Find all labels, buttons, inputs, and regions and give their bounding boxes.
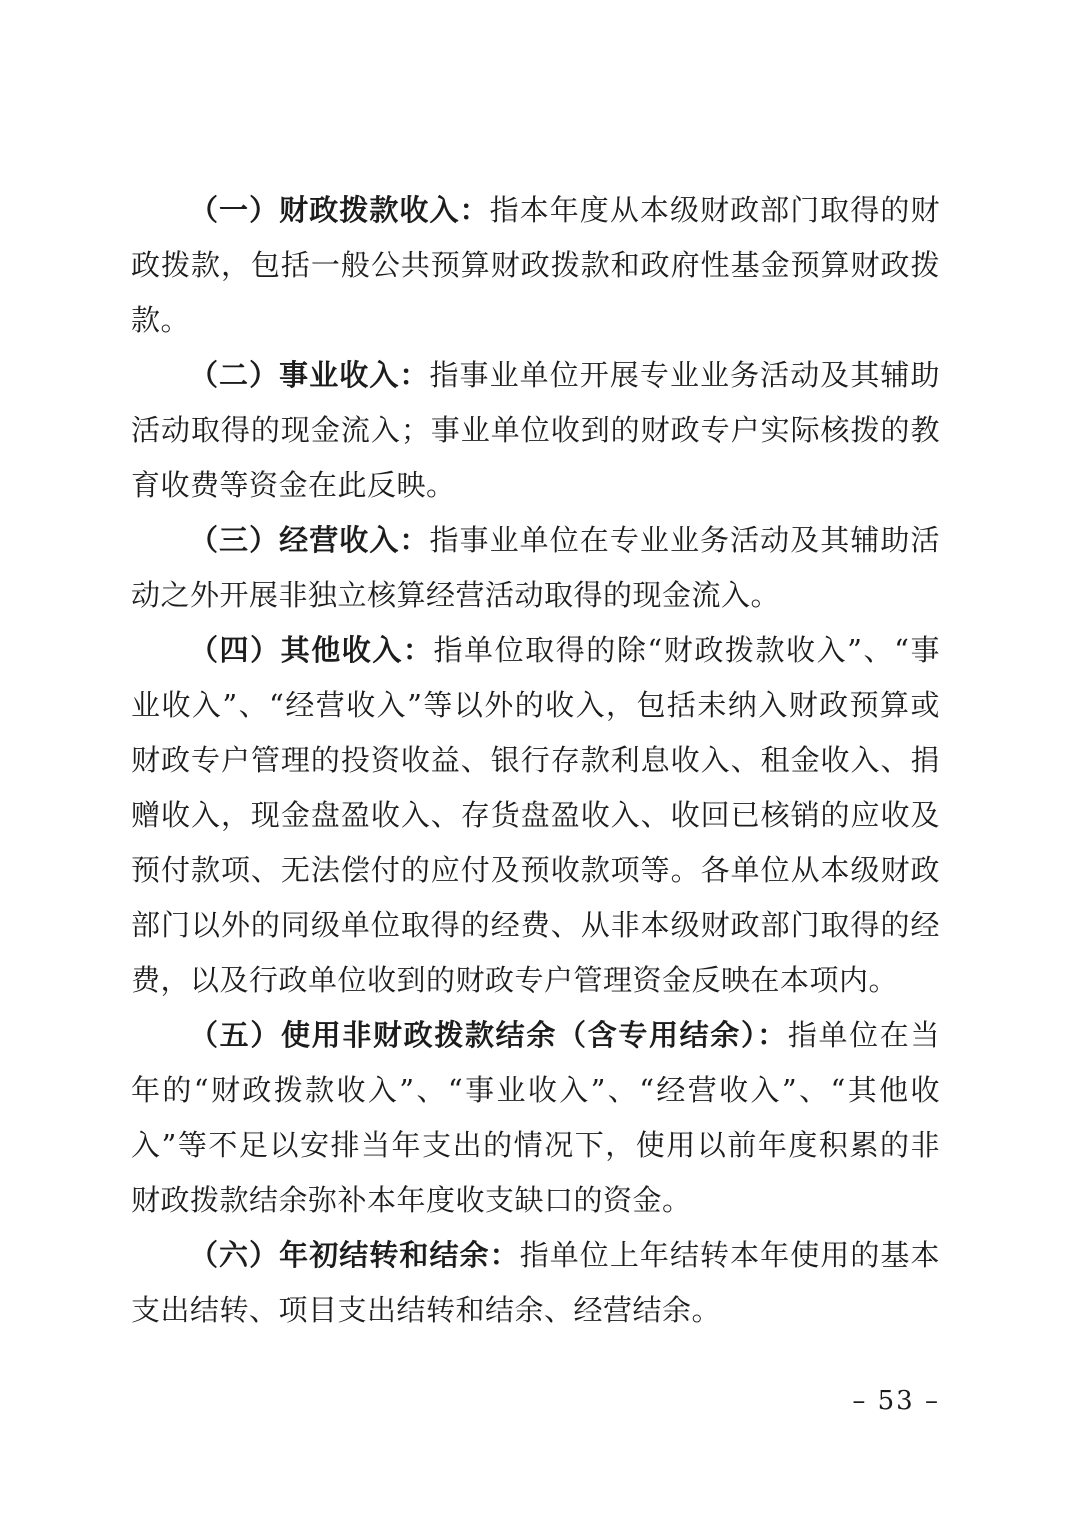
document-body: （一）财政拨款收入：指本年度从本级财政部门取得的财政拨款，包括一般公共预算财政拨… [131, 183, 940, 1338]
paragraph-non-fiscal-surplus: （五）使用非财政拨款结余（含专用结余）：指单位在当年的“财政拨款收入”、“事业收… [131, 1008, 940, 1228]
paragraph-body: 指单位取得的除“财政拨款收入”、“事业收入”、“经营收入”等以外的收入，包括未纳… [131, 633, 940, 997]
page-number: – 53 – [852, 1385, 940, 1417]
paragraph-heading: （二）事业收入： [189, 358, 430, 392]
paragraph-heading: （六）年初结转和结余： [189, 1238, 520, 1272]
paragraph-heading: （五）使用非财政拨款结余（含专用结余）： [189, 1018, 788, 1052]
paragraph-income-operating: （三）经营收入：指事业单位在专业业务活动及其辅助活动之外开展非独立核算经营活动取… [131, 513, 940, 623]
paragraph-income-other: （四）其他收入：指单位取得的除“财政拨款收入”、“事业收入”、“经营收入”等以外… [131, 623, 940, 1008]
paragraph-income-institutional: （二）事业收入：指事业单位开展专业业务活动及其辅助活动取得的现金流入；事业单位收… [131, 348, 940, 513]
paragraph-income-fiscal-appropriation: （一）财政拨款收入：指本年度从本级财政部门取得的财政拨款，包括一般公共预算财政拨… [131, 183, 940, 348]
document-page: （一）财政拨款收入：指本年度从本级财政部门取得的财政拨款，包括一般公共预算财政拨… [0, 0, 1069, 1515]
paragraph-heading: （一）财政拨款收入： [189, 193, 490, 227]
paragraph-carryover-balance: （六）年初结转和结余：指单位上年结转本年使用的基本支出结转、项目支出结转和结余、… [131, 1228, 940, 1338]
paragraph-heading: （三）经营收入： [189, 523, 430, 557]
paragraph-heading: （四）其他收入： [189, 633, 433, 667]
